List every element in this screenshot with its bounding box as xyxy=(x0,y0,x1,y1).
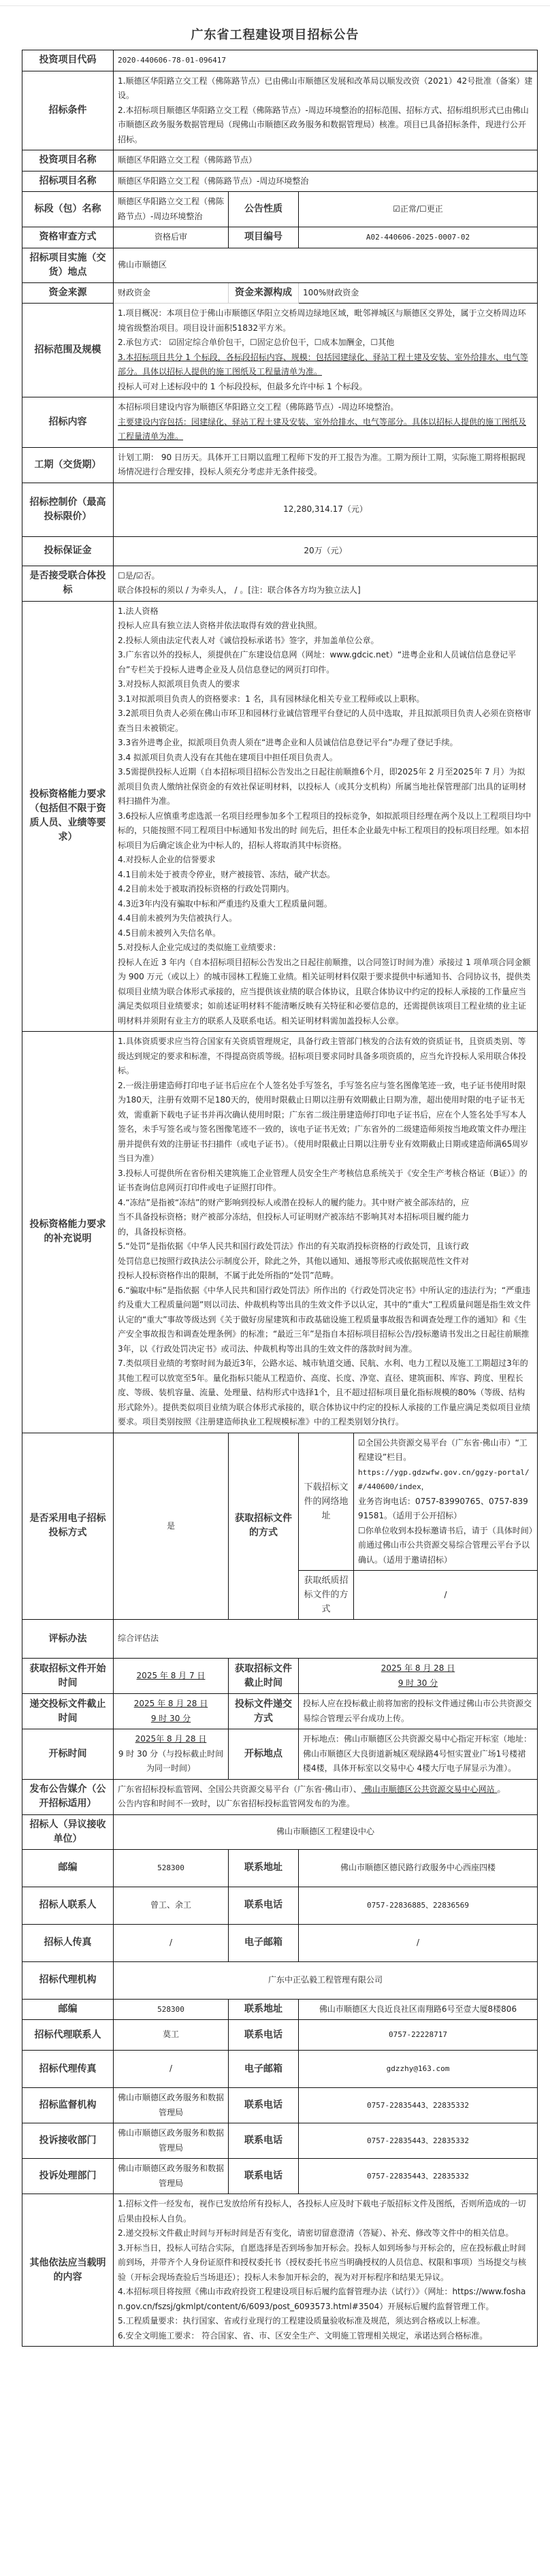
value-complaint-handle: 佛山市顺德区政务服务和数据管理局 xyxy=(114,2159,229,2194)
row-supervisor: 招标监督机构 佛山市顺德区政务服务和数据管理局 联系电话 0757-228354… xyxy=(22,2088,538,2123)
download-link[interactable]: https://ygp.gdzwfw.gov.cn/ggzy-portal/#/… xyxy=(358,1465,533,1495)
row-other: 其他依法应当载明的内容 1.招标文件一经发布，视作已发放给所有投标人，各投标人应… xyxy=(22,2194,538,2347)
obtain-end-time: 9 时 30 分 xyxy=(303,1676,533,1691)
value-download-address: ☑全国公共资源交易平台（广东省·佛山市）“工程建设”栏目。 https://yg… xyxy=(354,1433,538,1571)
qualification-line: 投标人应具有独立法人资格并依法取得有效的营业执照。 xyxy=(118,619,533,634)
row-qualification-supplement: 投标资格能力要求的补充说明 1.具体资质要求应当符合国家有关资质管理规定，具备行… xyxy=(22,1032,538,1433)
label-agency-address: 联系地址 xyxy=(229,1999,299,2020)
value-agency-contact: 莫工 xyxy=(114,2020,229,2051)
other-line: 5.工程质量要求：执行国家、省或行业现行的工程建设质量验收标准及规范，须达到合格… xyxy=(118,2314,533,2329)
value-tenderer-phone: 0757-22836885、22836569 xyxy=(299,1887,538,1924)
supplement-line: 5.“处罚”是指依据《中华人民共和国行政处罚法》作出的有关取消投标资格的行政处罚… xyxy=(118,1239,533,1284)
label-media: 发布公告媒介（公开招标适用） xyxy=(22,1779,114,1814)
label-content: 招标内容 xyxy=(22,397,114,448)
value-tenderer-postcode: 528300 xyxy=(114,1849,229,1887)
other-line: 6.安全文明施工要求： 符合国家、省、市、区安全生产、文明施工管理相关规定，承诺… xyxy=(118,2329,533,2344)
value-funding: 财政资金 xyxy=(114,282,229,304)
value-agency-postcode: 528300 xyxy=(114,1999,229,2020)
value-complaint-handle-phone: 0757-22835443、22835332 xyxy=(299,2159,538,2194)
value-tenderer-fax: / xyxy=(114,1924,229,1961)
media-text: 广东省招标投标监管网、全国公共资源交易平台（广东省·佛山市）、 xyxy=(118,1784,361,1794)
row-evaluation: 评标办法 综合评估法 xyxy=(22,1620,538,1659)
obtain-end-date: 2025 年 8 月 28 日 xyxy=(303,1661,533,1676)
label-investment-name: 投资项目名称 xyxy=(22,150,114,172)
value-submission-deadline: 2025 年 8 月 28 日 9 时 30 分 xyxy=(114,1694,229,1729)
label-submission-method: 投标文件递交方式 xyxy=(229,1694,299,1729)
value-paper-method: / xyxy=(354,1571,538,1620)
label-paper-method: 获取纸质招标文件的方式 xyxy=(299,1571,354,1620)
row-media: 发布公告媒介（公开招标适用） 广东省招标投标监管网、全国公共资源交易平台（广东省… xyxy=(22,1779,538,1814)
scope-line: 3.本招标项目共分 1 个标段，各标段招标内容、规模：包括园建绿化、驿站工程土建… xyxy=(118,350,533,380)
label-bidding-conditions: 招标条件 xyxy=(22,71,114,150)
label-agency-phone: 联系电话 xyxy=(229,2020,299,2051)
label-opening-place: 开标地点 xyxy=(229,1729,299,1780)
value-tenderer-address: 佛山市顺德区德民路行政服务中心西座四楼 xyxy=(299,1849,538,1887)
supplement-line: 6.“骗取中标”是指依据《中华人民共和国行政处罚法》所作出的《行政处罚决定书》中… xyxy=(118,1284,533,1357)
row-section-name: 标段（包）名称 顺德区华阳路立交工程（佛陈路节点）-周边环境整治 公告性质 ☑正… xyxy=(22,192,538,227)
label-investment-code: 投资项目代码 xyxy=(22,50,114,71)
label-tenderer-postcode: 邮编 xyxy=(22,1849,114,1887)
label-tenderer-email: 电子邮箱 xyxy=(229,1924,299,1961)
qualification-line: 1.法人资格 xyxy=(118,604,533,619)
value-obtain-start: 2025 年 8 月 7 日 xyxy=(114,1659,229,1694)
qualification-line: 3.4 拟派项目负责人没有在其他在建项目中担任项目负责人。 xyxy=(118,751,533,766)
label-scope: 招标范围及规模 xyxy=(22,304,114,397)
other-line: 4.本招标项目将按照《佛山市政府投资工程建设项目标后履约监督管理办法（试行）》（… xyxy=(118,2285,533,2314)
label-download-address: 下载招标文件的网络地址 xyxy=(299,1433,354,1571)
bidding-condition-line: 1.顺德区华阳路立交工程（佛陈路节点）已由佛山市顺德区发展和改革局以顺发改资（2… xyxy=(118,74,533,103)
label-consortium: 是否接受联合体投标 xyxy=(22,566,114,601)
label-obtain-method: 获取招标文件的方式 xyxy=(229,1433,299,1620)
row-obtain-time: 获取招标文件开始时间 2025 年 8 月 7 日 获取招标文件截止时间 202… xyxy=(22,1659,538,1694)
label-agency: 招标代理机构 xyxy=(22,1961,114,1999)
row-tender-name: 招标项目名称 顺德区华阳路立交工程（佛陈路节点）-周边环境整治 xyxy=(22,171,538,192)
value-content: 本招标项目建设内容为顺德区华阳路立交工程（佛陈路节点）-周边环境整治。 主要建设… xyxy=(114,397,538,448)
row-content: 招标内容 本招标项目建设内容为顺德区华阳路立交工程（佛陈路节点）-周边环境整治。… xyxy=(22,397,538,448)
value-qualification-supplement: 1.具体资质要求应当符合国家有关资质管理规定，具备行政主管部门核发的合法有效的资… xyxy=(114,1032,538,1433)
row-qualification-review: 资格审查方式 资格后审 项目编号 A02-440606-2025-0007-02 xyxy=(22,227,538,248)
row-complaint-receive: 投诉接收部门 佛山市顺德区政务服务和数据管理局 联系电话 0757-228354… xyxy=(22,2123,538,2159)
value-complaint-receive-phone: 0757-22835443、22835332 xyxy=(299,2123,538,2159)
value-bidding-conditions: 1.顺德区华阳路立交工程（佛陈路节点）已由佛山市顺德区发展和改革局以顺发改资（2… xyxy=(114,71,538,150)
row-bid-bond: 投标保证金 20万（元） xyxy=(22,536,538,566)
qualification-line: 4.1目前未处于被责令停业，财产被接管、冻结，破产状态。 xyxy=(118,868,533,883)
scope-line: 1.项目概况：本项目位于佛山市顺德区华阳立交桥周边绿地区域，毗邻禅城区与顺德区交… xyxy=(118,306,533,336)
value-bid-bond: 20万（元） xyxy=(114,536,538,566)
bidding-condition-line: 2.本招标项目顺德区华阳路立交工程（佛陈路节点）-周边环境整治的招标范围、招标方… xyxy=(118,103,533,148)
content-line: 本招标项目建设内容为顺德区华阳路立交工程（佛陈路节点）-周边环境整治。 xyxy=(118,400,533,415)
row-duration: 工期（交货期） 计划工期： 90 日历天。具体开工日期以监理工程师下发的开工报告… xyxy=(22,447,538,483)
other-line: 3.开标当日，投标人可结合实际，自愿选择是否到场参加开标会。投标人如到场参与开标… xyxy=(118,2241,533,2285)
row-tenderer: 招标人（异议接收单位） 佛山市顺德区工程建设中心 xyxy=(22,1814,538,1849)
value-complaint-receive: 佛山市顺德区政务服务和数据管理局 xyxy=(114,2123,229,2159)
label-tenderer-fax: 招标人传真 xyxy=(22,1924,114,1961)
label-tenderer-phone: 联系电话 xyxy=(229,1887,299,1924)
download-line: ☐你单位收到本投标邀请书后，请于（具体时间）前通过佛山市公共资源交易综合管理云平… xyxy=(358,1524,533,1568)
label-agency-postcode: 邮编 xyxy=(22,1999,114,2020)
value-scope: 1.项目概况：本项目位于佛山市顺德区华阳立交桥周边绿地区域，毗邻禅城区与顺德区交… xyxy=(114,304,538,397)
row-funding: 资金来源 财政资金 资金来源构成 100%财政资金 xyxy=(22,282,538,304)
label-qualification-review: 资格审查方式 xyxy=(22,227,114,248)
row-electronic: 是否采用电子招标投标方式 是 获取招标文件的方式 下载招标文件的网络地址 ☑全国… xyxy=(22,1433,538,1571)
qualification-line: 4.4目前未被列为失信被执行人。 xyxy=(118,911,533,926)
media-link-shunde[interactable]: 佛山市顺德区公共资源交易中心网站 xyxy=(361,1784,498,1794)
value-notice-nature: ☑正常/☐更正 xyxy=(299,192,538,227)
value-location: 佛山市顺德区 xyxy=(114,248,538,282)
value-consortium: ☐是/☑否。 联合体投标的须以 / 为牵头人， / 。[注：联合体各方均为独立法… xyxy=(114,566,538,601)
tender-notice-table: 投资项目代码 2020-440606-78-01-096417 招标条件 1.顺… xyxy=(22,50,538,2347)
qualification-line: 4.3近3年内没有骗取中标和严重违约及重大工程质量问题。 xyxy=(118,897,533,912)
row-tenderer-fax: 招标人传真 / 电子邮箱 / xyxy=(22,1924,538,1961)
label-project-no: 项目编号 xyxy=(229,227,299,248)
scope-line: 投标人可对上述标段中的 1 个标段投标，但最多允许中标 1 个标段。 xyxy=(118,380,533,395)
row-location: 招标项目实施（交货）地点 佛山市顺德区 xyxy=(22,248,538,282)
other-line: 2.递交投标文件截止时间与开标时间是否有变化，请密切留意澄清（答疑）、补充、修改… xyxy=(118,2226,533,2241)
label-tenderer-address: 联系地址 xyxy=(229,1849,299,1887)
value-qualification: 1.法人资格 投标人应具有独立法人资格并依法取得有效的营业执照。 2.投标人须由… xyxy=(114,601,538,1032)
value-investment-name: 顺德区华阳路立交工程（佛陈路节点） xyxy=(114,150,538,172)
label-complaint-handle: 投诉处理部门 xyxy=(22,2159,114,2194)
page-bottom-space xyxy=(0,2347,550,2374)
opening-date: 2025年 8 月 28 日 xyxy=(118,1732,224,1747)
scope-line: 2.承包方式： ☑固定综合单价包干，☐固定总价包干，☐成本加酬金，☐其他 xyxy=(118,336,533,350)
submission-time: 9 时 30 分 xyxy=(118,1712,224,1727)
supplement-line: 4.“冻结”是指被“冻结”的财产影响到投标人或潜在投标人的履约能力。其中财产被全… xyxy=(118,1196,533,1240)
row-complaint-handle: 投诉处理部门 佛山市顺德区政务服务和数据管理局 联系电话 0757-228354… xyxy=(22,2159,538,2194)
value-opening-place: 开标地点：佛山市顺德区公共资源交易中心指定开标室（地址：佛山市顺德区大良街道新城… xyxy=(299,1729,538,1780)
value-evaluation: 综合评估法 xyxy=(114,1620,538,1659)
qualification-line: 4.5目前未被列入失信名单。 xyxy=(118,926,533,941)
label-supervisor: 招标监督机构 xyxy=(22,2088,114,2123)
label-location: 招标项目实施（交货）地点 xyxy=(22,248,114,282)
row-control-price: 招标控制价（最高投标限价） 12,280,314.17（元） xyxy=(22,483,538,536)
value-section-name: 顺德区华阳路立交工程（佛陈路节点）-周边环境整治 xyxy=(114,192,229,227)
value-opening-time: 2025年 8 月 28 日 9 时 30 分（与投标截止时间为同一时间） xyxy=(114,1729,229,1780)
row-submission: 递交投标文件截止时间 2025 年 8 月 28 日 9 时 30 分 投标文件… xyxy=(22,1694,538,1729)
label-control-price: 招标控制价（最高投标限价） xyxy=(22,483,114,536)
label-evaluation: 评标办法 xyxy=(22,1620,114,1659)
page-title: 广东省工程建设项目招标公告 xyxy=(0,25,550,43)
value-qualification-review: 资格后审 xyxy=(114,227,229,248)
value-tenderer-contact: 曾工、余工 xyxy=(114,1887,229,1924)
row-scope: 招标范围及规模 1.项目概况：本项目位于佛山市顺德区华阳立交桥周边绿地区域，毗邻… xyxy=(22,304,538,397)
value-tenderer-email: / xyxy=(299,1924,538,1961)
label-submission-deadline: 递交投标文件截止时间 xyxy=(22,1694,114,1729)
supplement-line: 3.投标人可提供所在省份相关建筑施工企业管理人员安全生产考核信息系统关于《安全生… xyxy=(118,1167,533,1196)
label-funding-composition: 资金来源构成 xyxy=(229,282,299,304)
value-other: 1.招标文件一经发布，视作已发放给所有投标人，各投标人应及时下载电子版招标文件及… xyxy=(114,2194,538,2347)
value-agency-phone: 0757-22228717 xyxy=(299,2020,538,2051)
top-divider xyxy=(0,0,550,6)
label-complaint-receive: 投诉接收部门 xyxy=(22,2123,114,2159)
value-tenderer: 佛山市顺德区工程建设中心 xyxy=(114,1814,538,1849)
label-section-name: 标段（包）名称 xyxy=(22,192,114,227)
value-electronic: 是 xyxy=(114,1433,229,1620)
row-investment-name: 投资项目名称 顺德区华阳路立交工程（佛陈路节点） xyxy=(22,150,538,172)
label-agency-email: 电子邮箱 xyxy=(229,2051,299,2088)
consortium-line: ☐是/☑否。 xyxy=(118,569,533,584)
media-note: 公告内容和时间不一致时，以广东省招标投标监管网发布的为准。 xyxy=(118,1797,533,1812)
download-line: ☑全国公共资源交易平台（广东省·佛山市）“工程建设”栏目。 xyxy=(358,1436,533,1465)
supplement-line: 7.类似项目业绩的考察时间为最近3年，公路水运、城市轨道交通、民航、水利、电力工… xyxy=(118,1356,533,1430)
supplement-line: 1.具体资质要求应当符合国家有关资质管理规定，具备行政主管部门核发的合法有效的资… xyxy=(118,1034,533,1079)
qualification-line: 3.6投标人应慎重考虑选派一名项目经理参加多个工程项目的投标竞争，如拟派项目经理… xyxy=(118,809,533,853)
label-tenderer-contact: 招标人联系人 xyxy=(22,1887,114,1924)
row-agency-contact: 招标代理联系人 莫工 联系电话 0757-22228717 xyxy=(22,2020,538,2051)
value-investment-code: 2020-440606-78-01-096417 xyxy=(114,50,538,71)
value-project-no: A02-440606-2025-0007-02 xyxy=(299,227,538,248)
row-agency-fax: 招标代理传真 / 电子邮箱 gdzzhy@163.com xyxy=(22,2051,538,2088)
row-bidding-conditions: 招标条件 1.顺德区华阳路立交工程（佛陈路节点）已由佛山市顺德区发展和改革局以顺… xyxy=(22,71,538,150)
value-media: 广东省招标投标监管网、全国公共资源交易平台（广东省·佛山市）、 佛山市顺德区公共… xyxy=(114,1779,538,1814)
qualification-line: 2.投标人须由法定代表人对《诚信投标承诺书》签字，并加盖单位公章。 xyxy=(118,634,533,649)
qualification-line: 3.对投标人拟派项目负责人的要求 xyxy=(118,677,533,692)
value-control-price: 12,280,314.17（元） xyxy=(114,483,538,536)
label-tender-name: 招标项目名称 xyxy=(22,171,114,192)
label-complaint-handle-phone: 联系电话 xyxy=(229,2159,299,2194)
opening-time: 9 时 30 分（与投标截止时间为同一时间） xyxy=(118,1747,224,1776)
row-agency: 招标代理机构 广东中正弘毅工程管理有限公司 xyxy=(22,1961,538,1999)
row-agency-postcode: 邮编 528300 联系地址 佛山市顺德区大良近良社区南翔路6号至壹大厦8楼80… xyxy=(22,1999,538,2020)
other-line: 1.招标文件一经发布，视作已发放给所有投标人，各投标人应及时下载电子版招标文件及… xyxy=(118,2197,533,2226)
label-electronic: 是否采用电子招标投标方式 xyxy=(22,1433,114,1620)
label-obtain-start: 获取招标文件开始时间 xyxy=(22,1659,114,1694)
value-agency-address: 佛山市顺德区大良近良社区南翔路6号至壹大厦8楼806 xyxy=(299,1999,538,2020)
value-supervisor-phone: 0757-22835443、22835332 xyxy=(299,2088,538,2123)
qualification-line: 3.5需提供投标人近期（自本招标项目招标公告发出之日起往前顺推6个月，即2025… xyxy=(118,765,533,809)
label-notice-nature: 公告性质 xyxy=(229,192,299,227)
label-agency-contact: 招标代理联系人 xyxy=(22,2020,114,2051)
label-tenderer: 招标人（异议接收单位） xyxy=(22,1814,114,1849)
value-agency-email[interactable]: gdzzhy@163.com xyxy=(299,2051,538,2088)
value-submission-method: 投标人应在投标截止前将加密的投标文件通过佛山市公共资源交易综合管理云平台成功上传… xyxy=(299,1694,538,1729)
supplement-line: 2.一级注册建造师打印电子证书后应在个人签名处手写签名，手写签名应与签名图像笔迹… xyxy=(118,1079,533,1167)
download-line: 业务咨询电话：0757-83990765、0757-83991581。（适用于公… xyxy=(358,1495,533,1524)
label-duration: 工期（交货期） xyxy=(22,447,114,483)
label-funding: 资金来源 xyxy=(22,282,114,304)
value-agency: 广东中正弘毅工程管理有限公司 xyxy=(114,1961,538,1999)
content-line: 主要建设内容包括：园建绿化、驿站工程土建及安装、室外给排水、电气等部分。具体以招… xyxy=(118,415,533,444)
row-opening: 开标时间 2025年 8 月 28 日 9 时 30 分（与投标截止时间为同一时… xyxy=(22,1729,538,1780)
qualification-line: 4.2目前未处于被取消投标资格的行政处罚期内。 xyxy=(118,882,533,897)
label-obtain-end: 获取招标文件截止时间 xyxy=(229,1659,299,1694)
value-funding-composition: 100%财政资金 xyxy=(299,282,538,304)
value-tender-name: 顺德区华阳路立交工程（佛陈路节点）-周边环境整治 xyxy=(114,171,538,192)
row-qualification: 投标资格能力要求（包括但不限于资质人员、业绩等要求） 1.法人资格 投标人应具有… xyxy=(22,601,538,1032)
label-supervisor-phone: 联系电话 xyxy=(229,2088,299,2123)
qualification-line: 3.2派项目负责人必须在佛山市环卫和园林行业诚信管理平台登记的人员中选取，并且拟… xyxy=(118,706,533,736)
row-tenderer-contact: 招标人联系人 曾工、余工 联系电话 0757-22836885、22836569 xyxy=(22,1887,538,1924)
qualification-line: 投标人在近 3 年内（自本招标项目招标公告发出之日起往前顺推，以合同签订时间为准… xyxy=(118,956,533,1029)
label-qualification-supplement: 投标资格能力要求的补充说明 xyxy=(22,1032,114,1433)
row-investment-code: 投资项目代码 2020-440606-78-01-096417 xyxy=(22,50,538,71)
value-supervisor: 佛山市顺德区政务服务和数据管理局 xyxy=(114,2088,229,2123)
qualification-line: 3.广东省以外的投标人，须提供在广东建设信息网（网址：www.gdcic.net… xyxy=(118,648,533,677)
qualification-line: 4.对投标人企业的信誉要求 xyxy=(118,853,533,868)
label-bid-bond: 投标保证金 xyxy=(22,536,114,566)
label-agency-fax: 招标代理传真 xyxy=(22,2051,114,2088)
value-duration: 计划工期： 90 日历天。具体开工日期以监理工程师下发的开工报告为准。工期为预计… xyxy=(114,447,538,483)
media-text: 。 xyxy=(497,1784,505,1794)
qualification-line: 5.对投标人企业完成过的类似施工业绩要求： xyxy=(118,941,533,956)
value-agency-fax: / xyxy=(114,2051,229,2088)
row-tenderer-postcode: 邮编 528300 联系地址 佛山市顺德区德民路行政服务中心西座四楼 xyxy=(22,1849,538,1887)
value-obtain-end: 2025 年 8 月 28 日 9 时 30 分 xyxy=(299,1659,538,1694)
row-consortium: 是否接受联合体投标 ☐是/☑否。 联合体投标的须以 / 为牵头人， / 。[注：… xyxy=(22,566,538,601)
label-complaint-receive-phone: 联系电话 xyxy=(229,2123,299,2159)
label-opening-time: 开标时间 xyxy=(22,1729,114,1780)
label-qualification: 投标资格能力要求（包括但不限于资质人员、业绩等要求） xyxy=(22,601,114,1032)
qualification-line: 3.1对拟派项目负责人的资格要求：1 名，具有园林绿化相关专业工程师或以上职称。 xyxy=(118,692,533,707)
consortium-line: 联合体投标的须以 / 为牵头人， / 。[注：联合体各方均为独立法人] xyxy=(118,583,533,598)
qualification-line: 3.3省外进粤企业，拟派项目负责人须在“进粤企业和人员诚信信息登记平台”办理了登… xyxy=(118,736,533,751)
label-other: 其他依法应当载明的内容 xyxy=(22,2194,114,2347)
submission-date: 2025 年 8 月 28 日 xyxy=(118,1697,224,1712)
